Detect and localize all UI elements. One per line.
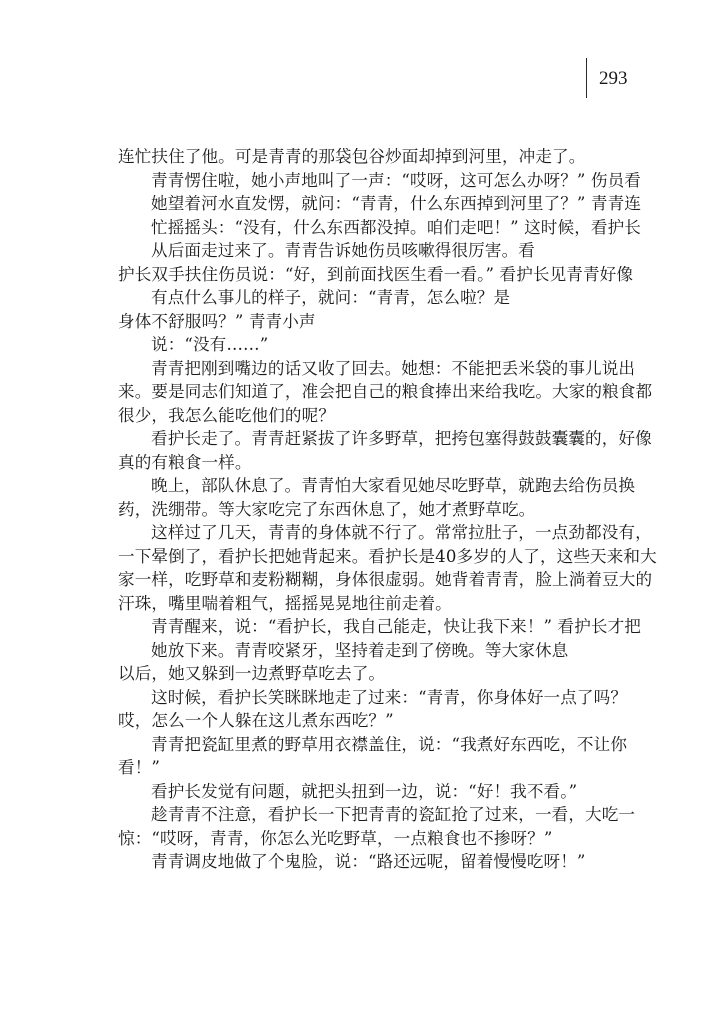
text-line: 家一样，吃野草和麦粉糊糊，身体很虚弱。她背着青青，脸上淌着豆大的 xyxy=(118,568,618,592)
page-number: 293 xyxy=(599,69,628,88)
text-line: 看护长走了。青青赶紧拔了许多野草，把挎包塞得鼓鼓囊囊的，好像 xyxy=(118,427,618,451)
text-line: 青青愣住啦，她小声地叫了一声：“哎呀，这可怎么办呀？” 伤员看 xyxy=(118,169,618,193)
text-line: 药，洗绷带。等大家吃完了东西休息了，她才煮野草吃。 xyxy=(118,498,618,522)
text-line: 青青把瓷缸里煮的野草用衣襟盖住，说：“我煮好东西吃，不让你 xyxy=(118,733,618,757)
text-line: 很少，我怎么能吃他们的呢？ xyxy=(118,404,618,428)
text-line: 说：“没有……” xyxy=(118,333,618,357)
text-line: 真的有粮食一样。 xyxy=(118,451,618,475)
text-line: 有点什么事儿的样子，就问：“青青，怎么啦？是 xyxy=(118,286,618,310)
text-line: 她放下来。青青咬紧牙，坚持着走到了傍晚。等大家休息 xyxy=(118,639,618,663)
text-line: 从后面走过来了。青青告诉她伤员咳嗽得很厉害。看 xyxy=(118,239,618,263)
text-line: 青青调皮地做了个鬼脸，说：“路还远呢，留着慢慢吃呀！” xyxy=(118,850,618,874)
text-line: 来。要是同志们知道了，准会把自己的粮食捧出来给我吃。大家的粮食都 xyxy=(118,380,618,404)
text-line: 以后，她又躲到一边煮野草吃去了。 xyxy=(118,662,618,686)
text-line: 护长双手扶住伤员说：“好，到前面找医生看一看。” 看护长见青青好像 xyxy=(118,263,618,287)
text-line: 这时候，看护长笑眯眯地走了过来：“青青，你身体好一点了吗？ xyxy=(118,686,618,710)
text-line: 晚上，部队休息了。青青怕大家看见她尽吃野草，就跑去给伤员换 xyxy=(118,474,618,498)
page-header: 293 xyxy=(586,58,628,98)
text-line: 青青醒来，说：“看护长，我自己能走，快让我下来！” 看护长才把 xyxy=(118,615,618,639)
text-line: 汗珠，嘴里喘着粗气，摇摇晃晃地往前走着。 xyxy=(118,592,618,616)
text-line: 惊：“哎呀，青青，你怎么光吃野草，一点粮食也不掺呀？” xyxy=(118,827,618,851)
body-text: 连忙扶住了他。可是青青的那袋包谷炒面却掉到河里，冲走了。青青愣住啦，她小声地叫了… xyxy=(118,145,618,874)
text-line: 趁青青不注意，看护长一下把青青的瓷缸抢了过来，一看，大吃一 xyxy=(118,803,618,827)
text-line: 连忙扶住了他。可是青青的那袋包谷炒面却掉到河里，冲走了。 xyxy=(118,145,618,169)
text-line: 看护长发觉有问题，就把头扭到一边，说：“好！我不看。” xyxy=(118,780,618,804)
header-divider xyxy=(586,58,587,98)
text-line: 青青把刚到嘴边的话又收了回去。她想：不能把丢米袋的事儿说出 xyxy=(118,357,618,381)
text-line: 看！” xyxy=(118,756,618,780)
text-line: 一下晕倒了，看护长把她背起来。看护长是40多岁的人了，这些天来和大 xyxy=(118,545,618,569)
text-line: 身体不舒服吗？” 青青小声 xyxy=(118,310,618,334)
text-line: 忙摇摇头：“没有，什么东西都没掉。咱们走吧！” 这时候，看护长 xyxy=(118,216,618,240)
text-line: 哎，怎么一个人躲在这儿煮东西吃？” xyxy=(118,709,618,733)
text-line: 这样过了几天，青青的身体就不行了。常常拉肚子，一点劲都没有， xyxy=(118,521,618,545)
text-line: 她望着河水直发愣，就问：“青青，什么东西掉到河里了？” 青青连 xyxy=(118,192,618,216)
